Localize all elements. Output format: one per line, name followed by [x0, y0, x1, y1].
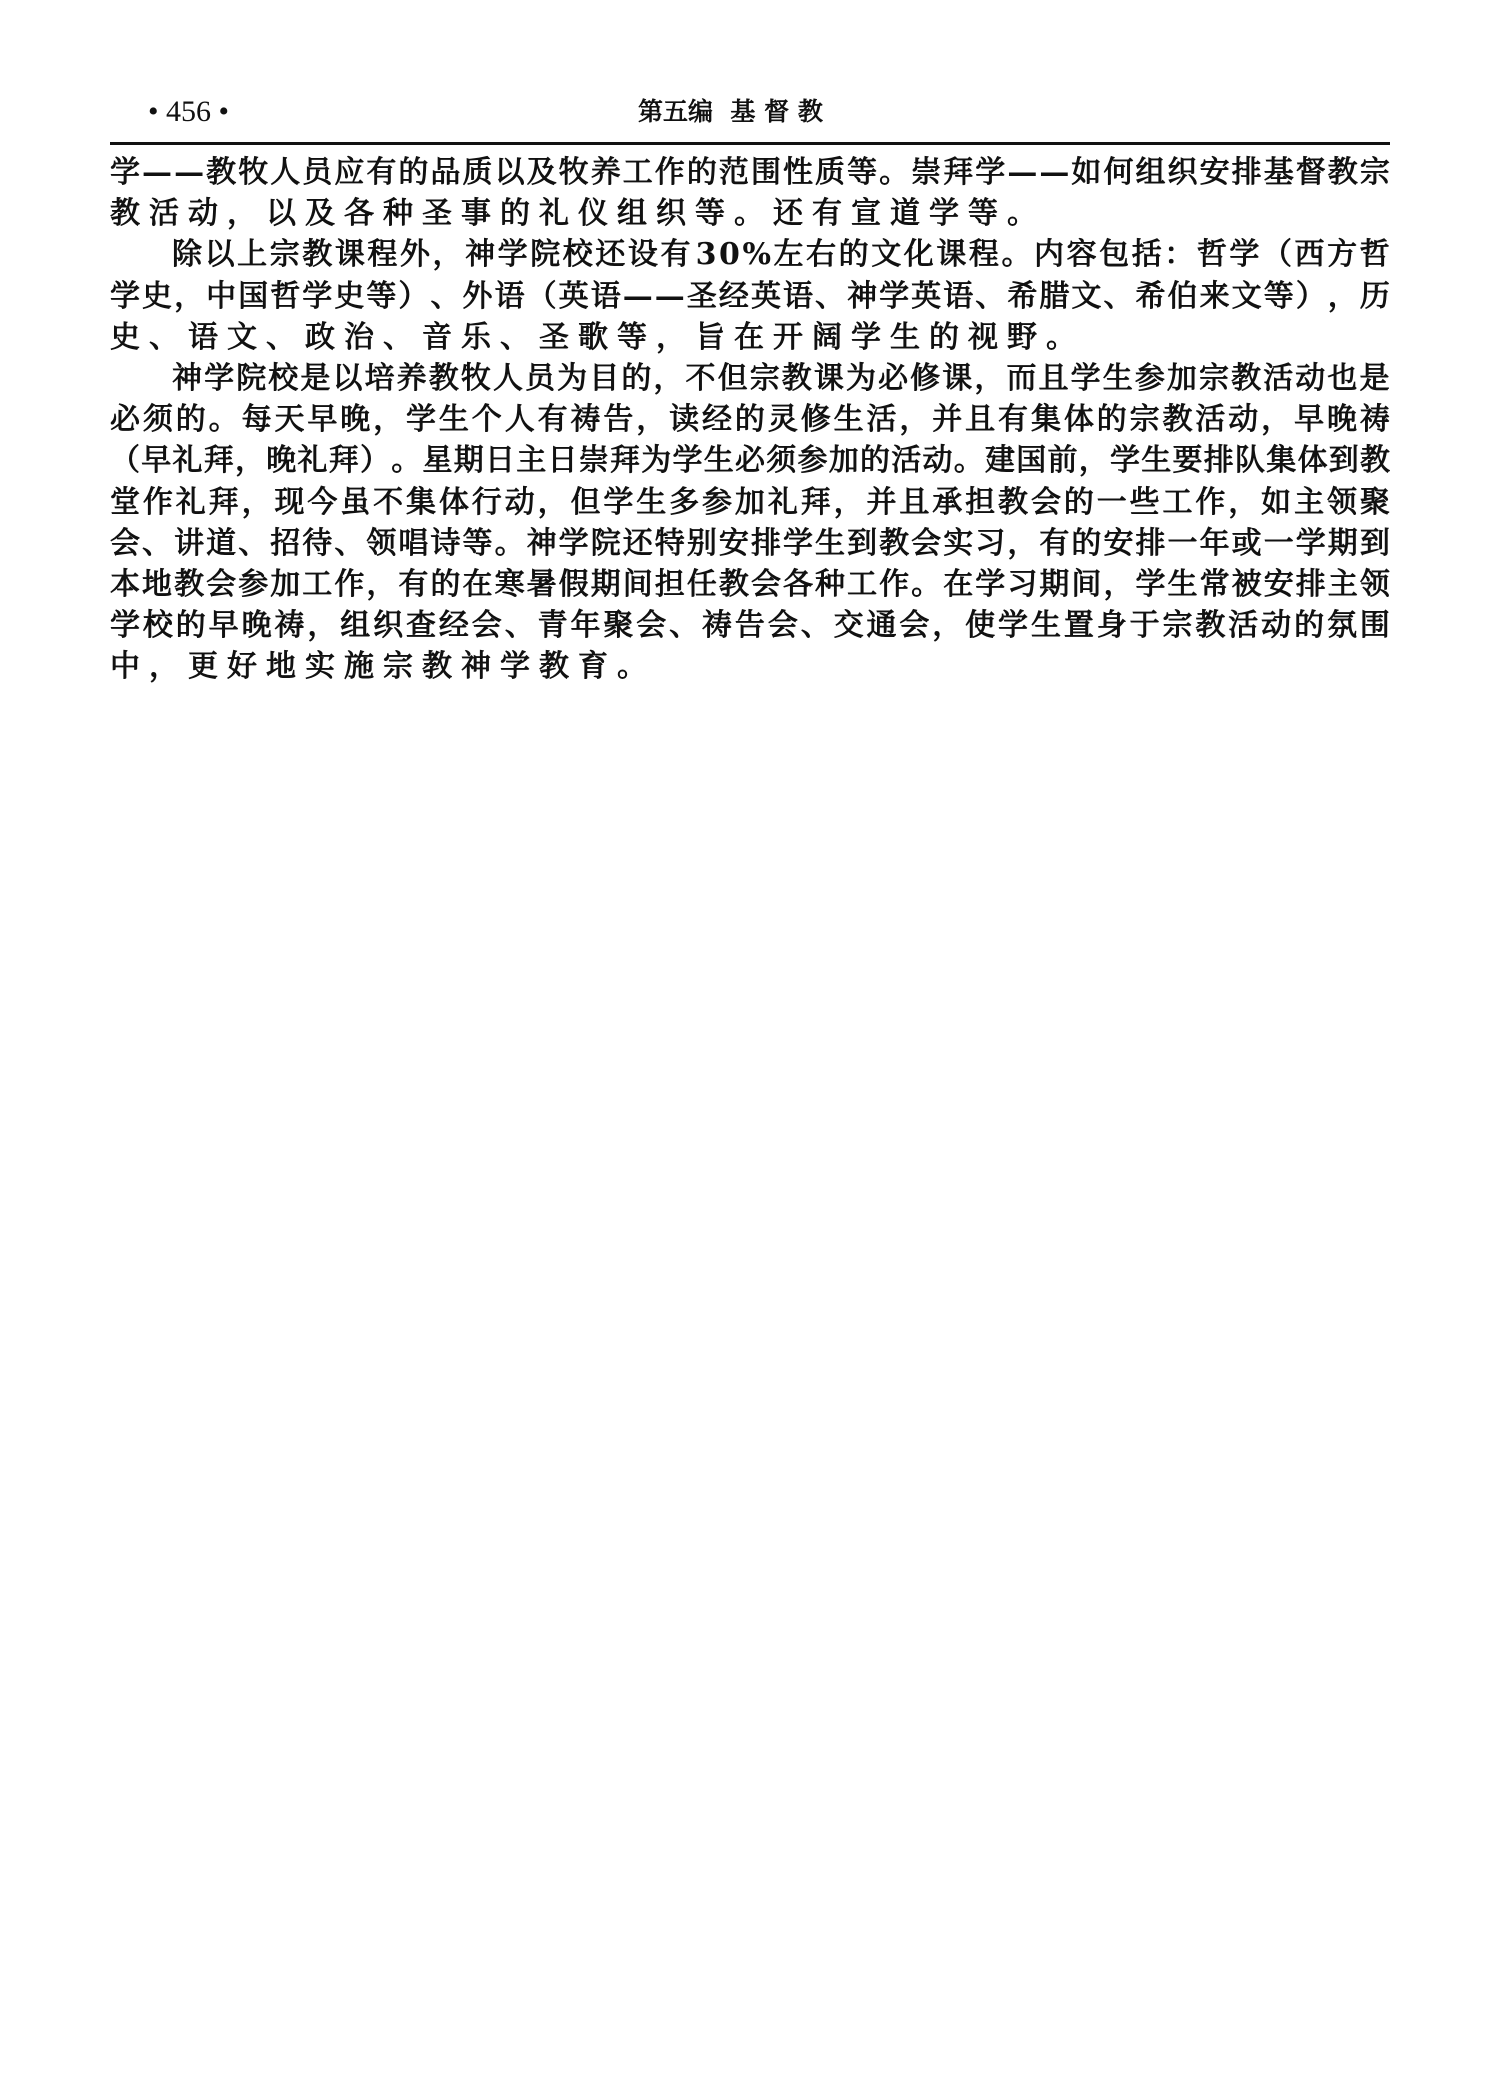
paragraph-1: 学——教牧人员应有的品质以及牧养工作的范围性质等。崇拜学——如何组织安排基督教宗…	[110, 152, 1390, 234]
header-rule	[110, 142, 1390, 145]
page-number: • 456 •	[148, 94, 229, 130]
text-line: 必须的。每天早晚，学生个人有祷告，读经的灵修生活，并且有集体的宗教活动，早晚祷	[110, 399, 1390, 440]
text-line: 学史，中国哲学史等）、外语（英语——圣经英语、神学英语、希腊文、希伯来文等），历	[110, 276, 1390, 317]
body-text: 学——教牧人员应有的品质以及牧养工作的范围性质等。崇拜学——如何组织安排基督教宗…	[110, 152, 1390, 687]
text-line: 神学院校是以培养教牧人员为目的，不但宗教课为必修课，而且学生参加宗教活动也是	[110, 358, 1390, 399]
paragraph-2: 除以上宗教课程外，神学院校还设有 30%左右的文化课程。内容包括：哲学（西方哲 …	[110, 234, 1390, 358]
text-line: 史、语文、政治、音乐、圣歌等，旨在开阔学生的视野。	[110, 317, 1390, 358]
text-line: 中，更好地实施宗教神学教育。	[110, 646, 1390, 687]
text-line: 堂作礼拜，现今虽不集体行动，但学生多参加礼拜，并且承担教会的一些工作，如主领聚	[110, 482, 1390, 523]
text-line: （早礼拜，晚礼拜）。星期日主日崇拜为学生必须参加的活动。建国前，学生要排队集体到…	[110, 440, 1390, 481]
text-line: 除以上宗教课程外，神学院校还设有 30%左右的文化课程。内容包括：哲学（西方哲	[110, 234, 1390, 275]
text-line: 学校的早晚祷，组织查经会、青年聚会、祷告会、交通会，使学生置身于宗教活动的氛围	[110, 605, 1390, 646]
text-line: 本地教会参加工作，有的在寒暑假期间担任教会各种工作。在学习期间，学生常被安排主领	[110, 564, 1390, 605]
running-head: 第五编 基 督 教	[638, 94, 868, 130]
text-line: 教活动，以及各种圣事的礼仪组织等。还有宣道学等。	[110, 193, 1390, 234]
text-line: 学——教牧人员应有的品质以及牧养工作的范围性质等。崇拜学——如何组织安排基督教宗	[110, 152, 1390, 193]
text-line: 会、讲道、招待、领唱诗等。神学院还特别安排学生到教会实习，有的安排一年或一学期到	[110, 523, 1390, 564]
paragraph-3: 神学院校是以培养教牧人员为目的，不但宗教课为必修课，而且学生参加宗教活动也是 必…	[110, 358, 1390, 688]
